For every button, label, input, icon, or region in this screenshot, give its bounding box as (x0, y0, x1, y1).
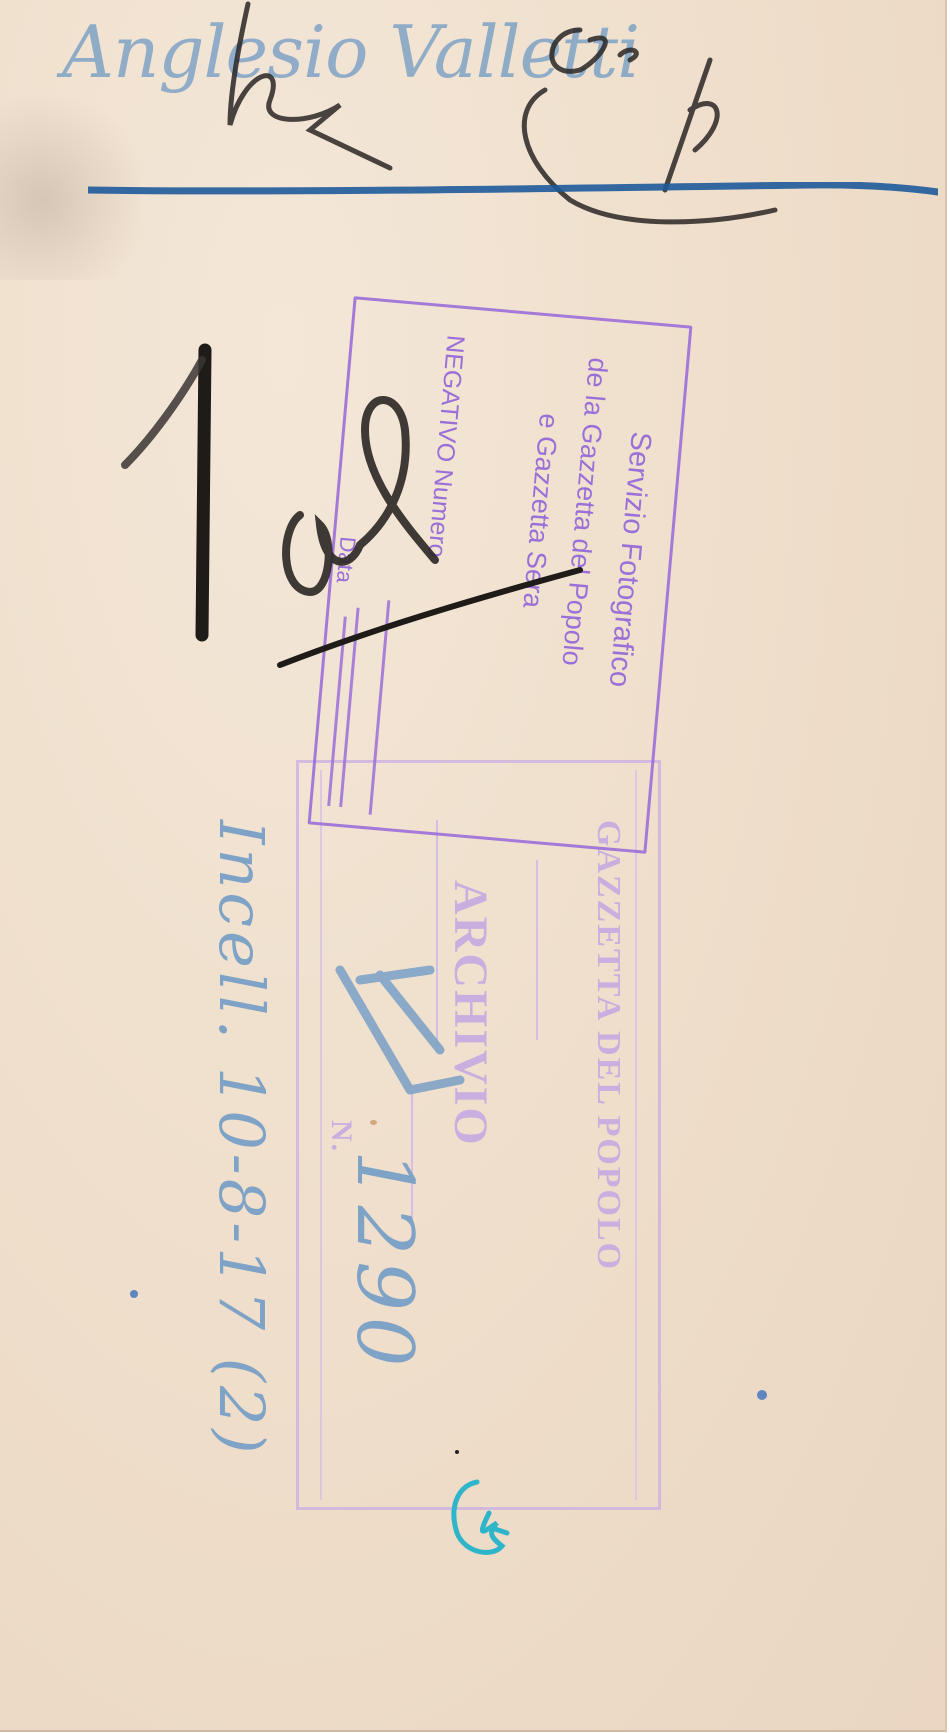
negative-number: 1290 (345, 1150, 423, 1373)
handwritten-date: Incell. 10-8-17 (2) (210, 820, 272, 1458)
pencil-large-text: 1 ol (200, 400, 202, 401)
archive-stamp: GAZZETTA DEL POPOLO ARCHIVIO N. (296, 760, 661, 1510)
roman-numeral-text: II (340, 1000, 341, 1001)
teal-mark-text: G (460, 1500, 461, 1501)
photo-back-card: Anglesio Valletti ev. ap GAZZETTA DEL PO… (0, 0, 947, 1732)
handwritten-roman-numeral (330, 950, 470, 1130)
foxing-spot (370, 1120, 377, 1125)
archive-stamp-title: GAZZETTA DEL POPOLO (591, 820, 625, 1271)
pencil-large-marks (110, 330, 590, 750)
blue-underline (88, 182, 938, 196)
speckle-stain (0, 80, 140, 280)
ink-dot (757, 1390, 767, 1400)
ink-dot (130, 1290, 138, 1298)
header-pencil-strokes (150, 0, 950, 240)
header-pencil-text: ev. ap (580, 20, 583, 21)
ink-dot (455, 1450, 459, 1454)
archive-stamp-rule (536, 860, 538, 1040)
teal-circled-mark (437, 1478, 519, 1560)
